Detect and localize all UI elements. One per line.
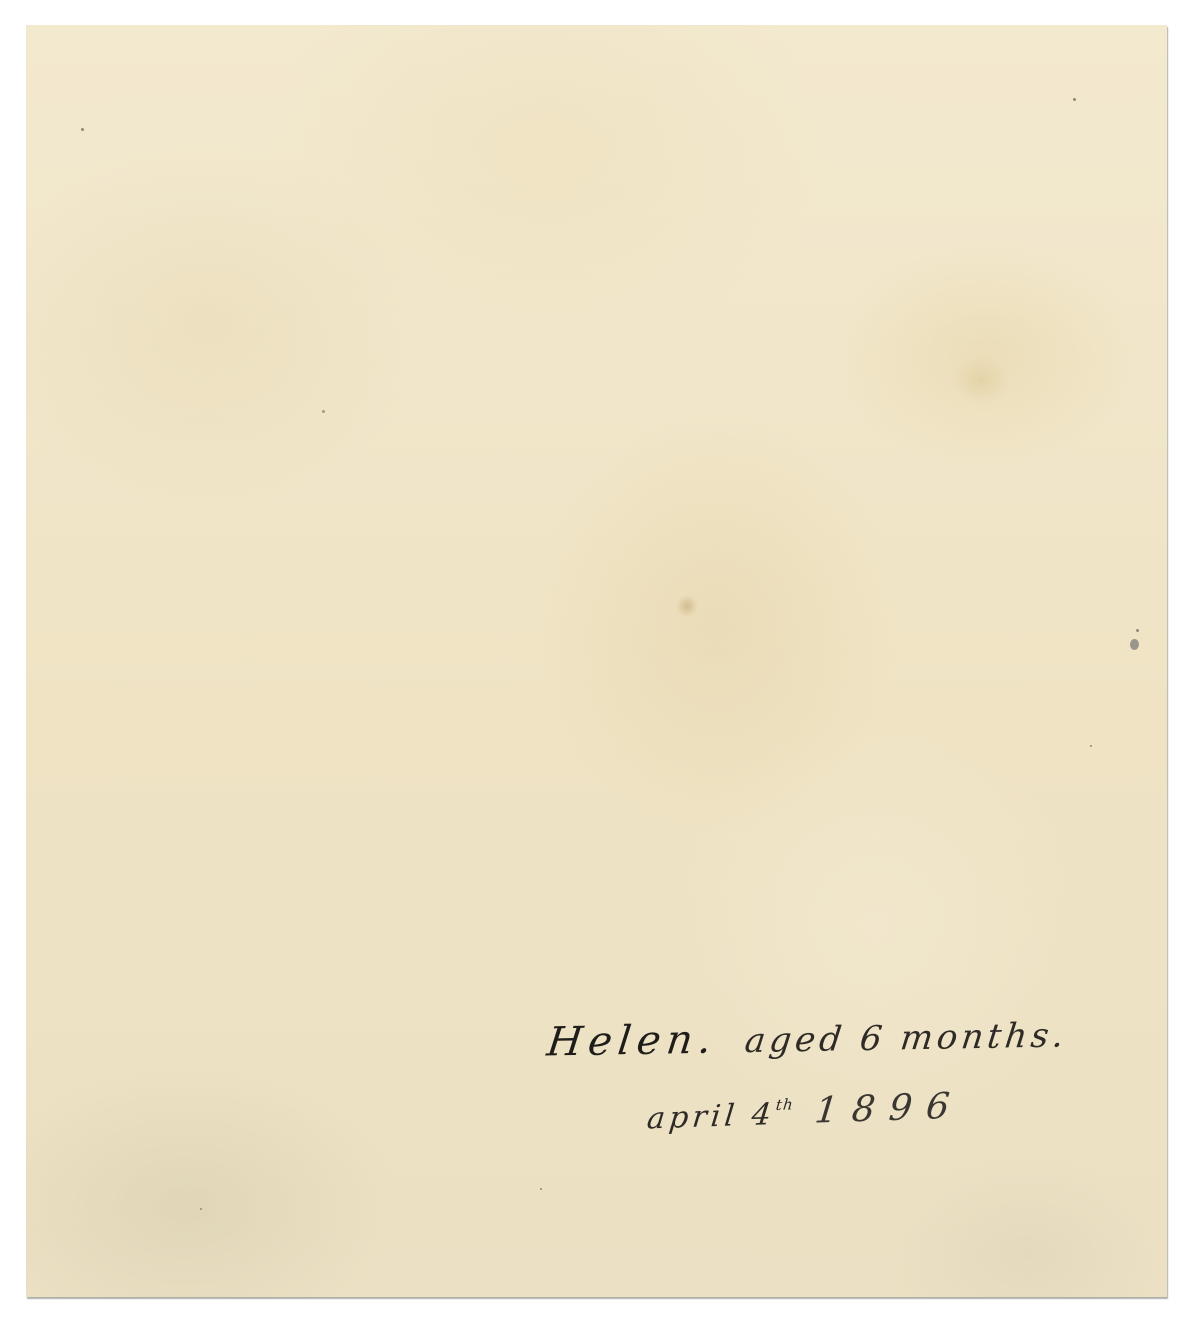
paper-speck xyxy=(322,410,325,413)
inscription-date-ordinal: th xyxy=(775,1095,795,1114)
paper-stain xyxy=(676,595,698,617)
paper-speck xyxy=(1073,98,1076,101)
paper-speck xyxy=(1136,629,1139,632)
paper-speck xyxy=(81,128,84,131)
paper-speck xyxy=(1090,745,1092,747)
inscription-name: Helen. xyxy=(545,1017,721,1066)
inscription-line-1: Helen.aged 6 months. xyxy=(545,1010,1071,1065)
paper-card: Helen.aged 6 months. april 4th1896 xyxy=(26,25,1167,1297)
inscription-year: 1896 xyxy=(813,1086,966,1132)
inscription-date: april 4 xyxy=(645,1097,776,1136)
paper-speck xyxy=(1130,639,1139,650)
paper-speck xyxy=(540,1188,542,1190)
inscription-line-2: april 4th1896 xyxy=(645,1086,965,1138)
inscription-age: aged 6 months. xyxy=(743,1015,1070,1061)
paper-speck xyxy=(200,1208,202,1210)
paper-stain xyxy=(951,355,1011,405)
